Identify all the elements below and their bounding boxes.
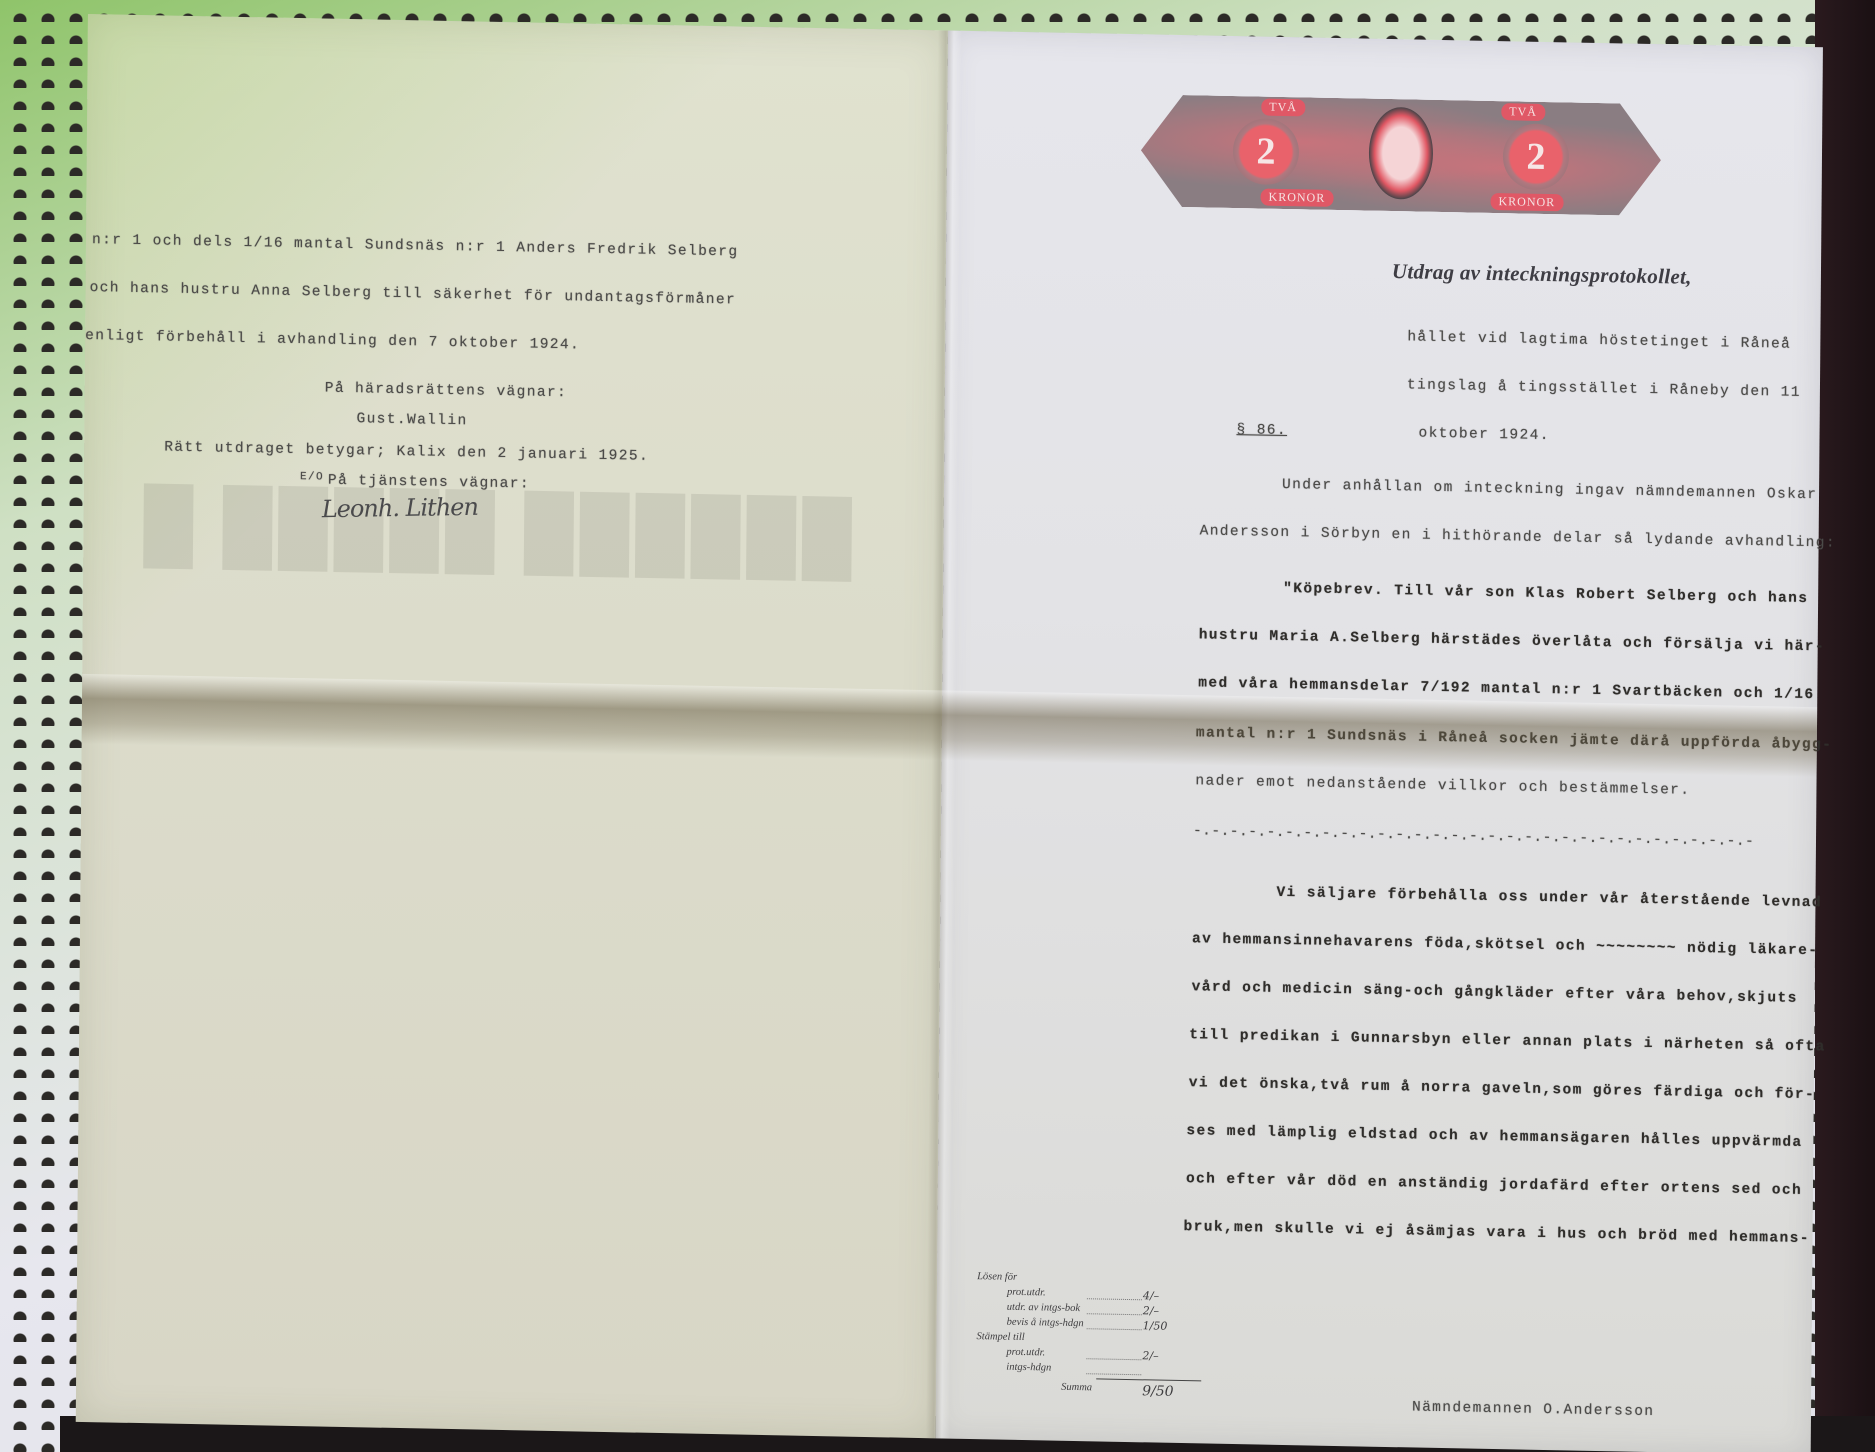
handwritten-signature: Leonh. Lithen xyxy=(321,493,478,523)
fee-label: prot.utdr. xyxy=(1007,1287,1046,1299)
left-line-1: n:r 1 och dels 1/16 mantal Sundsnäs n:r … xyxy=(92,232,739,260)
session-line-3: oktober 1924. xyxy=(1418,426,1549,445)
revenue-stamp: 2 2 TVÅ TVÅ KRONOR KRONOR xyxy=(1110,82,1691,228)
court-signoff: På häradsrättens vägnar: xyxy=(325,381,568,402)
fee-label: Lösen för xyxy=(977,1271,1017,1283)
fee-value: 4/– xyxy=(1143,1289,1159,1302)
stamp-ribbon-top-right: TVÅ xyxy=(1501,103,1545,121)
stamp-value-left: 2 xyxy=(1233,118,1300,185)
stamp-value-right: 2 xyxy=(1503,123,1570,190)
fee-total-label: Summa xyxy=(1061,1382,1092,1394)
attestation-line: Rätt utdraget betygar; Kalix den 2 janua… xyxy=(164,439,649,464)
fee-value: 1/50 xyxy=(1143,1319,1168,1332)
left-line-3: enligt förbehåll i avhandling den 7 okto… xyxy=(85,328,580,354)
fee-value: 2/– xyxy=(1143,1304,1159,1317)
document-sheet: █ █████ ██████ n:r 1 och dels 1/16 manta… xyxy=(76,14,1823,1452)
left-line-2: och hans hustru Anna Selberg till säkerh… xyxy=(90,280,737,308)
fee-table: Lösen för prot.utdr. 4/– utdr. av intgs-… xyxy=(976,1271,1177,1399)
stamp-ribbon-bottom-left: KRONOR xyxy=(1260,189,1333,207)
fee-value: 2/– xyxy=(1142,1349,1158,1362)
stamp-ribbon-top-left: TVÅ xyxy=(1261,99,1305,117)
court-signer: Gust.Wallin xyxy=(356,411,467,429)
table-surface-right xyxy=(1815,0,1875,1452)
fee-label: intgs-hdgn xyxy=(1006,1362,1051,1374)
bleed-through-text: █ █████ ██████ xyxy=(143,485,858,579)
fee-row: intgs-hdgn xyxy=(976,1361,1176,1380)
fee-label: bevis å intgs-hdgn xyxy=(1007,1317,1084,1329)
fee-total-value: 9/50 xyxy=(1142,1383,1174,1400)
fee-label: prot.utdr. xyxy=(1006,1347,1045,1359)
stamp-ribbon-bottom-right: KRONOR xyxy=(1490,193,1563,211)
fee-label: Stämpel till xyxy=(977,1331,1025,1343)
paragraph-number: § 86. xyxy=(1236,422,1287,439)
office-prefix: E/O xyxy=(300,471,324,483)
fee-label: utdr. av intgs-bok xyxy=(1007,1302,1080,1314)
